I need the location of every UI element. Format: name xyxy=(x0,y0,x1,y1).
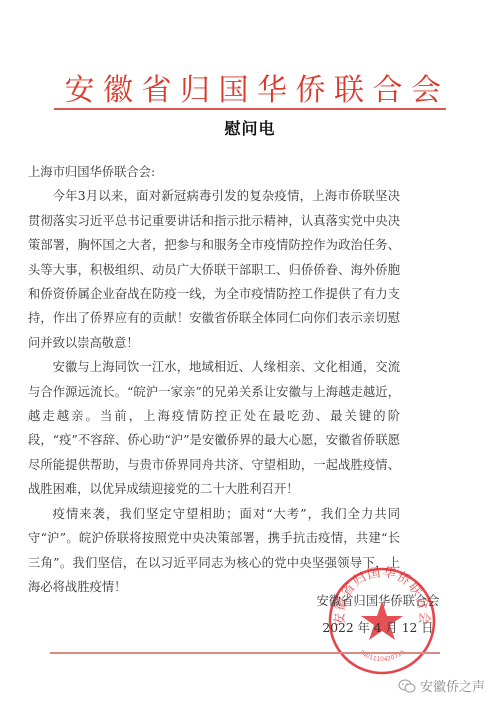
svg-text:3401110420716: 3401110420716 xyxy=(358,649,407,663)
date: 2022 年 4 月 12 日 xyxy=(298,615,458,642)
document-title: 慰问电 xyxy=(0,116,500,139)
header-divider xyxy=(54,108,446,110)
paragraph-2: 安徽与上海同饮一江水，地域相近、人缘相亲、文化相通，交流与合作源远流长。“皖沪一… xyxy=(28,355,400,501)
watermark-label: 安徽侨之声 xyxy=(420,676,485,695)
salutation: 上海市归国华侨联合会: xyxy=(28,160,400,184)
paragraph-1: 今年3月以来，面对新冠病毒引发的复杂疫情，上海市侨联坚决贯彻落实习近平总书记重要… xyxy=(28,184,400,355)
footer-divider xyxy=(50,652,440,654)
signature-block: 安徽省归国华侨联合会 2022 年 4 月 12 日 xyxy=(298,588,458,642)
watermark: 安徽侨之声 xyxy=(398,676,485,695)
signature: 安徽省归国华侨联合会 xyxy=(298,588,458,615)
wechat-icon xyxy=(398,679,416,693)
letter-body: 上海市归国华侨联合会: 今年3月以来，面对新冠病毒引发的复杂疫情，上海市侨联坚决… xyxy=(28,160,400,599)
org-title: 安徽省归国华侨联合会 xyxy=(62,74,452,108)
